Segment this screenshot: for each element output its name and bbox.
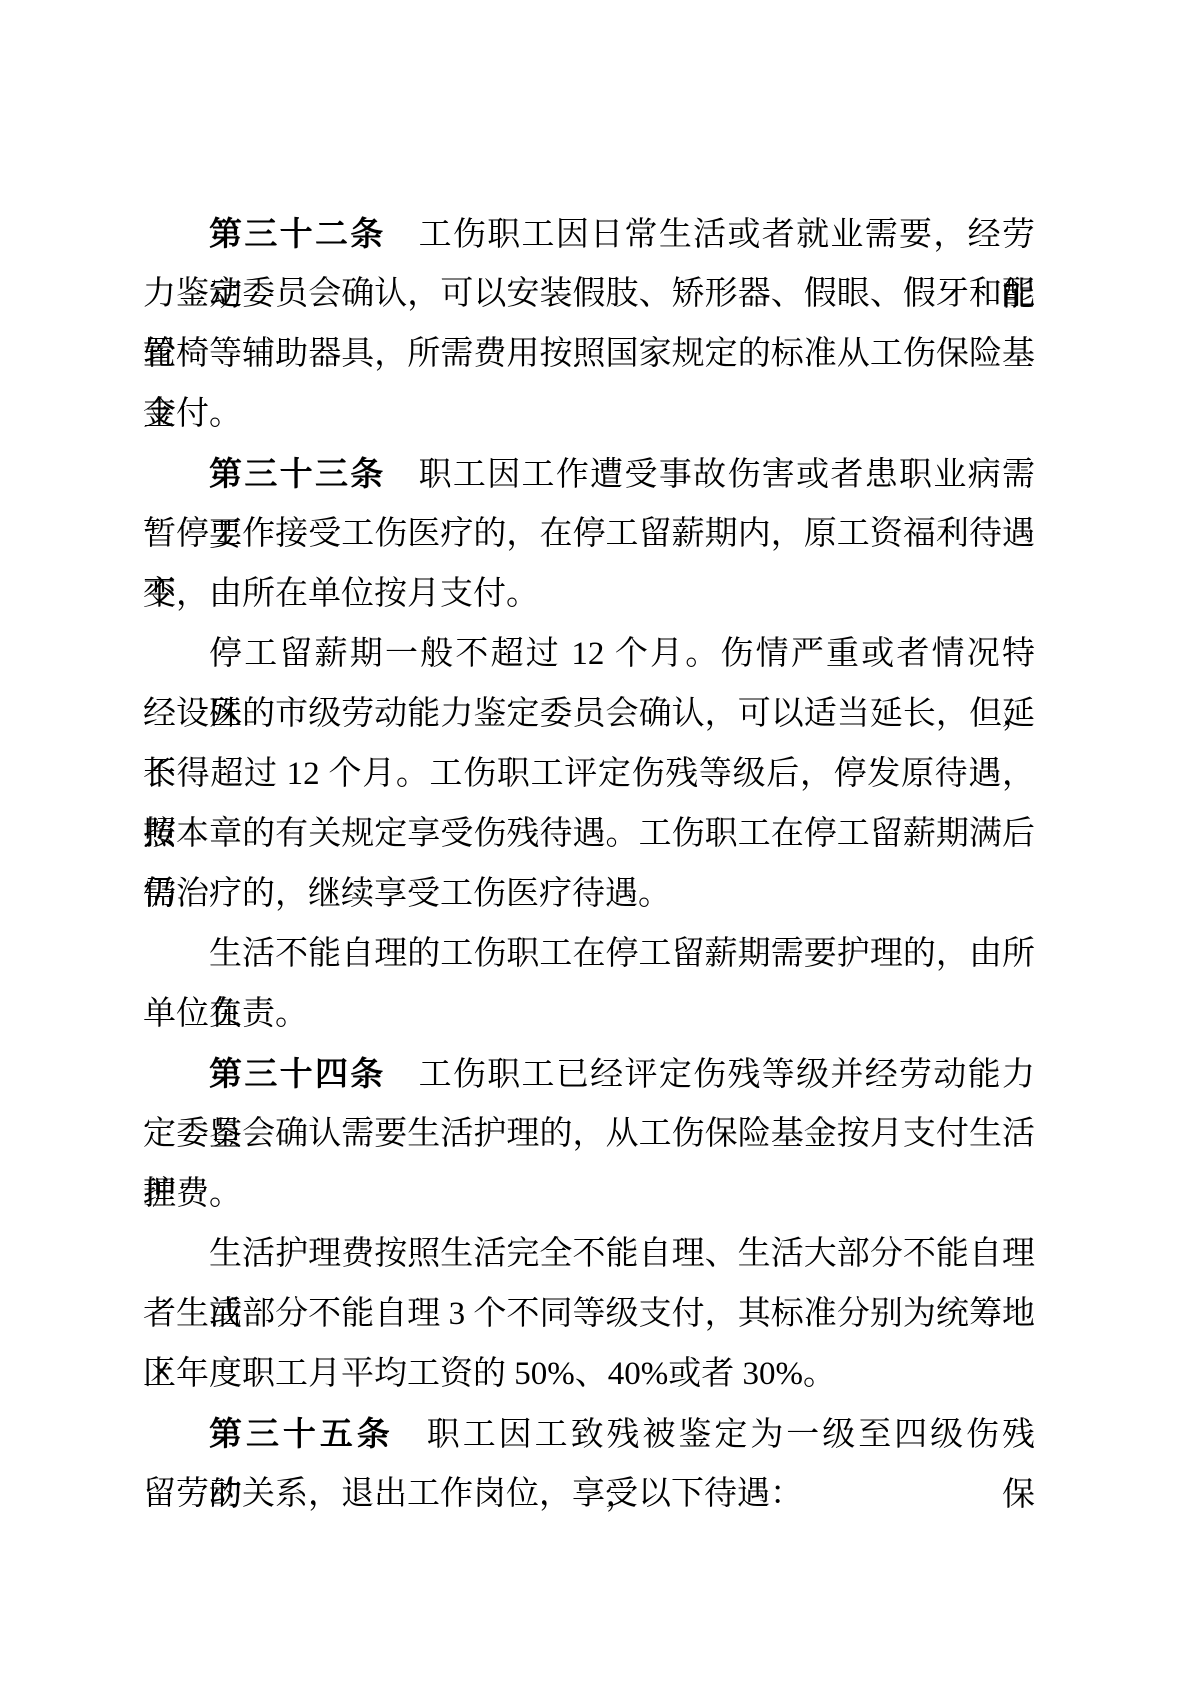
text-line: 单位负责。 — [143, 984, 1035, 1044]
article-number: 第三十五条 — [209, 1415, 394, 1452]
line-text: 理费。 — [143, 1176, 242, 1212]
text-line: 停工留薪期一般不超过 12 个月。伤情严重或者情况特殊， — [143, 624, 1035, 684]
text-line: 经设区的市级劳动能力鉴定委员会确认，可以适当延长，但延长 — [143, 684, 1035, 744]
line-text: 留劳动关系，退出工作岗位，享受以下待遇： — [143, 1476, 803, 1512]
text-line: 上年度职工月平均工资的 50%、40%或者 30%。 — [143, 1344, 1035, 1404]
line-text: 上年度职工月平均工资的 50%、40%或者 30%。 — [143, 1356, 836, 1392]
text-line: 照本章的有关规定享受伤残待遇。工伤职工在停工留薪期满后仍 — [143, 804, 1035, 864]
text-line: 需治疗的，继续享受工伤医疗待遇。 — [143, 864, 1035, 924]
text-line: 暂停工作接受工伤医疗的，在停工留薪期内，原工资福利待遇不 — [143, 504, 1035, 564]
article-number: 第三十四条 — [209, 1055, 386, 1092]
text-line: 生活不能自理的工伤职工在停工留薪期需要护理的，由所在 — [143, 924, 1035, 984]
text-line: 第三十五条职工因工致残被鉴定为一级至四级伤残的，保 — [143, 1404, 1035, 1464]
text-line: 者生活部分不能自理 3 个不同等级支付，其标准分别为统筹地区 — [143, 1284, 1035, 1344]
text-line: 第三十四条工伤职工已经评定伤残等级并经劳动能力鉴 — [143, 1044, 1035, 1104]
line-text: 支付。 — [143, 396, 242, 432]
text-line: 支付。 — [143, 384, 1035, 444]
text-block: 第三十二条工伤职工因日常生活或者就业需要，经劳动能力鉴定委员会确认，可以安装假肢… — [143, 204, 1035, 1524]
line-text: 单位负责。 — [143, 996, 308, 1032]
line-text: 变，由所在单位按月支付。 — [143, 576, 539, 612]
text-line: 力鉴定委员会确认，可以安装假肢、矫形器、假眼、假牙和配置 — [143, 264, 1035, 324]
text-line: 生活护理费按照生活完全不能自理、生活大部分不能自理或 — [143, 1224, 1035, 1284]
text-line: 理费。 — [143, 1164, 1035, 1224]
text-line: 第三十二条工伤职工因日常生活或者就业需要，经劳动能 — [143, 204, 1035, 264]
text-line: 变，由所在单位按月支付。 — [143, 564, 1035, 624]
article-number: 第三十二条 — [209, 215, 386, 252]
text-line: 第三十三条职工因工作遭受事故伤害或者患职业病需要 — [143, 444, 1035, 504]
article-number: 第三十三条 — [209, 455, 386, 492]
line-text: 需治疗的，继续享受工伤医疗待遇。 — [143, 876, 671, 912]
document-page: 第三十二条工伤职工因日常生活或者就业需要，经劳动能力鉴定委员会确认，可以安装假肢… — [0, 0, 1190, 1683]
text-line: 轮椅等辅助器具，所需费用按照国家规定的标准从工伤保险基金 — [143, 324, 1035, 384]
text-line: 不得超过 12 个月。工伤职工评定伤残等级后，停发原待遇，按 — [143, 744, 1035, 804]
text-line: 定委员会确认需要生活护理的，从工伤保险基金按月支付生活护 — [143, 1104, 1035, 1164]
